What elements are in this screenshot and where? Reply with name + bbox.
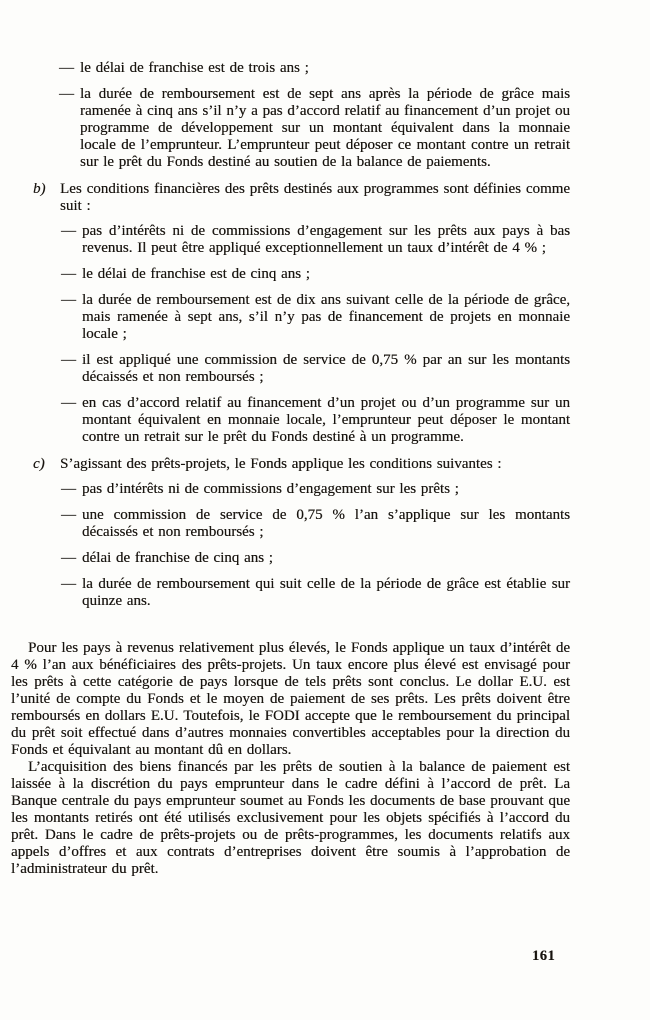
page-number: 161	[532, 948, 555, 965]
clause-b: b) Les conditions financières des prêts …	[11, 181, 570, 446]
list-item: — pas d’intérêts ni de commissions d’eng…	[62, 481, 570, 498]
conditions-list-continued: — le délai de franchise est de trois ans…	[60, 60, 570, 171]
list-item-text: pas d’intérêts ni de commissions d’engag…	[82, 481, 459, 497]
clause-c-intro: S’agissant des prêts-projets, le Fonds a…	[60, 456, 570, 473]
list-item-text: la durée de remboursement est de dix ans…	[82, 292, 570, 342]
list-item: — une commission de service de 0,75 % l’…	[62, 507, 570, 541]
dash-marker: —	[61, 550, 76, 567]
list-item: — la durée de remboursement qui suit cel…	[62, 576, 570, 610]
dash-marker: —	[61, 481, 76, 498]
list-item-text: le délai de franchise est de trois ans ;	[80, 60, 309, 76]
dash-marker: —	[59, 86, 74, 103]
list-item-text: en cas d’accord relatif au financement d…	[82, 395, 570, 445]
page-body: — le délai de franchise est de trois ans…	[11, 60, 570, 878]
list-item: — la durée de remboursement est de dix a…	[62, 292, 570, 343]
clause-c-list: — pas d’intérêts ni de commissions d’eng…	[62, 481, 570, 610]
clause-c: c) S’agissant des prêts-projets, le Fond…	[11, 456, 570, 610]
list-item-text: une commission de service de 0,75 % l’an…	[82, 507, 570, 540]
dash-marker: —	[61, 576, 76, 593]
dash-marker: —	[61, 266, 76, 283]
list-item: — la durée de remboursement est de sept …	[60, 86, 570, 171]
list-item: — en cas d’accord relatif au financement…	[62, 395, 570, 446]
clause-b-intro: Les conditions financières des prêts des…	[60, 181, 570, 215]
list-item-text: la durée de remboursement est de sept an…	[80, 86, 570, 170]
list-item: — pas d’intérêts ni de commissions d’eng…	[62, 223, 570, 257]
clause-c-label: c)	[33, 456, 45, 473]
list-item: — le délai de franchise est de trois ans…	[60, 60, 570, 77]
list-item: — délai de franchise de cinq ans ;	[62, 550, 570, 567]
list-item-text: délai de franchise de cinq ans ;	[82, 550, 273, 566]
dash-marker: —	[61, 507, 76, 524]
dash-marker: —	[59, 60, 74, 77]
paragraph-goods-acquisition: L’acquisition des biens financés par les…	[11, 759, 570, 878]
dash-marker: —	[61, 352, 76, 369]
clause-b-label: b)	[33, 181, 46, 198]
list-item-text: la durée de remboursement qui suit celle…	[82, 576, 570, 609]
list-item-text: pas d’intérêts ni de commissions d’engag…	[82, 223, 570, 256]
document-page: — le délai de franchise est de trois ans…	[0, 0, 650, 1020]
list-item-text: il est appliqué une commission de servic…	[82, 352, 570, 385]
clause-b-list: — pas d’intérêts ni de commissions d’eng…	[62, 223, 570, 446]
paragraph-loan-terms: Pour les pays à revenus relativement plu…	[11, 640, 570, 759]
dash-marker: —	[61, 223, 76, 240]
list-item-text: le délai de franchise est de cinq ans ;	[82, 266, 310, 282]
dash-marker: —	[61, 292, 76, 309]
list-item: — il est appliqué une commission de serv…	[62, 352, 570, 386]
list-item: — le délai de franchise est de cinq ans …	[62, 266, 570, 283]
dash-marker: —	[61, 395, 76, 412]
